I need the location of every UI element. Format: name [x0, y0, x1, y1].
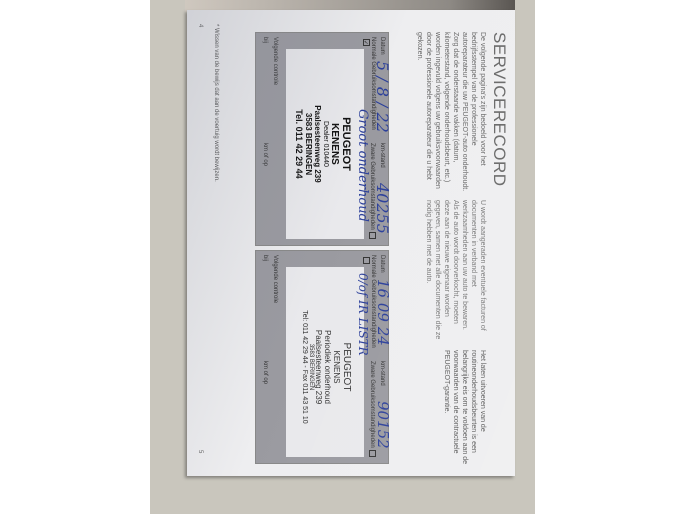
service-entry-2: Datum 16 09 24 km-stand 90152 Normale Ge…	[255, 250, 389, 464]
entry-date: 16 09 24	[374, 279, 392, 346]
page-number-left: 4	[197, 24, 203, 27]
service-note: 0/of IR LISTR	[356, 273, 370, 356]
heavy-checkbox[interactable]	[369, 450, 376, 457]
page-title: SERVICERECORD	[489, 32, 509, 187]
heavy-label: Zware Gebruiksomstandigheden	[369, 361, 376, 461]
intro-text-middle: U wordt aangeraden eventuele facturen of…	[424, 200, 487, 340]
dealer-stamp-area: Groot onderhoud PEUGEOT KENENS Dealer 01…	[286, 49, 364, 239]
km-label: km-stand	[379, 361, 385, 386]
footnote: * Wissen van de bewijs dat aan de voertu…	[213, 24, 219, 182]
date-label: Datum	[379, 255, 385, 273]
intro-text-right: Het laten uitvoeren van de routineonderh…	[442, 350, 487, 470]
service-entry-1: Datum 5 / 8 / 22 km-stand 40255 Normale …	[255, 32, 389, 246]
heavy-checkbox[interactable]	[369, 232, 376, 239]
rotated-page-content: SERVICERECORD De volgende pagina's zijn …	[187, 10, 515, 476]
background-left	[0, 0, 150, 514]
intro-text: De volgende pagina's zijn bedoeld voor h…	[415, 32, 487, 192]
km-or-label: km of op	[262, 361, 268, 384]
service-note: Groot onderhoud	[355, 109, 370, 222]
next-control-label: Volgende controle	[272, 255, 278, 303]
page-number-right: 5	[197, 450, 203, 453]
date-label: Datum	[379, 37, 385, 55]
km-or-label: km of op	[262, 143, 268, 166]
background-right	[535, 0, 685, 514]
dealer-stamp-area: 0/of IR LISTR PEUGEOT KENENS Periodiek o…	[286, 267, 364, 457]
next-control-label: Volgende controle	[272, 37, 278, 85]
normal-checkbox[interactable]	[363, 257, 370, 264]
normal-checkbox[interactable]: ✓	[363, 39, 370, 46]
by-label: bij	[262, 255, 268, 261]
by-label: bij	[262, 37, 268, 43]
dealer-stamp: PEUGEOT KENENS Periodiek onderhoud Paals…	[301, 297, 352, 437]
dealer-stamp: PEUGEOT KENENS Dealer 010440 Paalsesteen…	[294, 79, 352, 209]
km-label: km-stand	[379, 143, 385, 168]
entry-km: 90152	[374, 401, 392, 449]
